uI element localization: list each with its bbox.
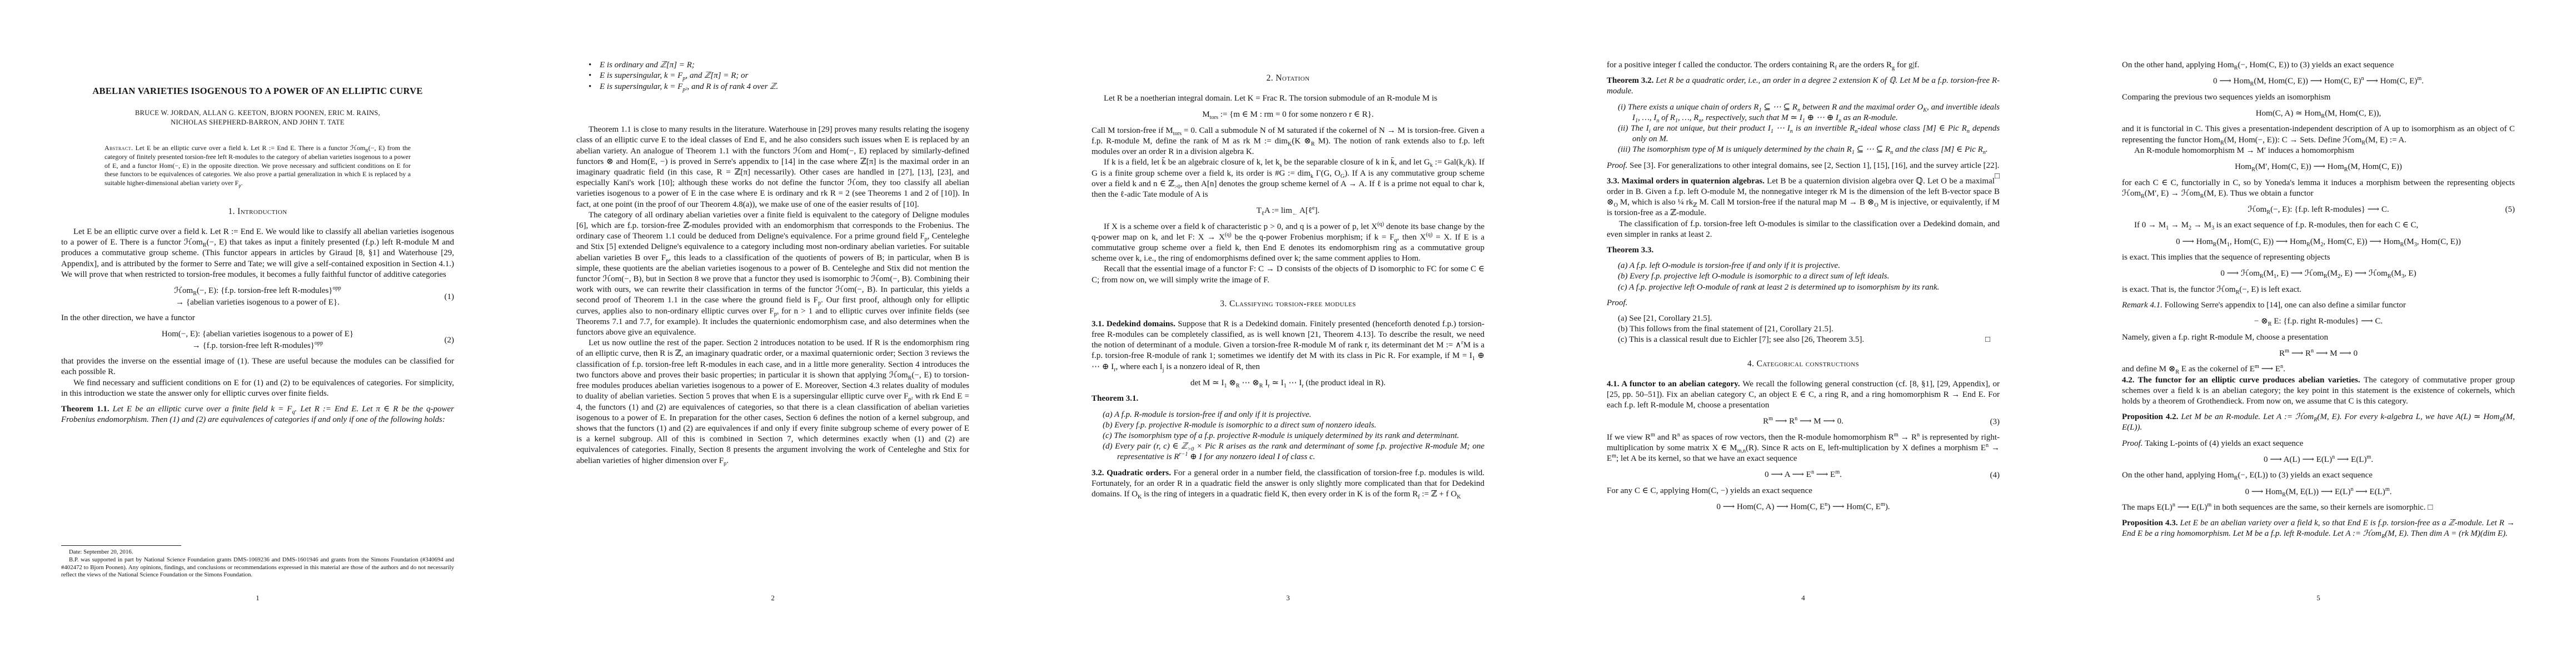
page-1-content: ABELIAN VARIETIES ISOGENOUS TO A POWER O… (61, 0, 454, 430)
bullet-icon: • (589, 71, 591, 81)
display-equation: ℋomR(−, E): {f.p. torsion-free left R-mo… (61, 285, 454, 308)
proof: Proof. See [3]. For generalizations to o… (1607, 161, 2000, 171)
theorem-text: Let R be a quadratic order, i.e., an ord… (1607, 76, 2000, 96)
page-4: for a positive integer f called the cond… (1546, 0, 2061, 667)
paragraph: In the other direction, we have a functo… (61, 313, 454, 323)
equation-line: 0 ⟶ HomR(M, Hom(C, E)) ⟶ Hom(C, E)n ⟶ Ho… (2122, 76, 2515, 87)
display-equation: Hom(−, E): {abelian varieties isogenous … (61, 328, 454, 351)
display-equation: Rm ⟶ Rn ⟶ M ⟶ 0.(3) (1607, 416, 2000, 427)
paragraph: If k is a field, let k̄ be an algebraic … (1092, 157, 1484, 200)
list-item-label: (ii) (1618, 124, 1631, 133)
authors-line: NICHOLAS SHEPHERD-BARRON, AND JOHN T. TA… (61, 118, 454, 127)
paragraph: Theorem 1.1 is close to many results in … (576, 125, 969, 210)
list-item-label: (c) (1618, 283, 1629, 292)
labeled-list: (a) See [21, Corollary 21.5].(b) This fo… (1607, 313, 2000, 346)
theorem-label: Theorem 3.1. (1092, 394, 1138, 403)
bullet-text: E is supersingular, k = Fp, and ℤ[π] = R… (600, 71, 748, 80)
labeled-list: (i) There exists a unique chain of order… (1607, 102, 2000, 156)
list-item: (a) A f.p. left O-module is torsion-free… (1607, 261, 2000, 271)
list-item: (c) A f.p. projective left O-module of r… (1607, 282, 2000, 293)
display-equation: 0 ⟶ A ⟶ En ⟶ Em.(4) (1607, 469, 2000, 481)
abstract: Abstract. Let E be an elliptic curve ove… (104, 144, 411, 188)
display-equation: 0 ⟶ A(L) ⟶ E(L)n ⟶ E(L)m. (2122, 454, 2515, 466)
bullet-text: E is ordinary and ℤ[π] = R; (600, 61, 695, 69)
paper-authors: BRUCE W. JORDAN, ALLAN G. KEETON, BJORN … (61, 108, 454, 127)
paragraph: If X is a scheme over a field k of chara… (1092, 222, 1484, 265)
bullet-item: •E is ordinary and ℤ[π] = R; (576, 60, 969, 71)
equation-line: HomR(M′, Hom(C, E)) ⟶ HomR(M, Hom(C, E)) (2122, 161, 2515, 173)
theorem: Theorem 1.1. Let E be an elliptic curve … (61, 404, 454, 425)
paragraph: for each C ∈ C, functorially in C, so by… (2122, 178, 2515, 199)
subsection-label: 3.1. Dedekind domains. (1092, 320, 1178, 328)
remark-label: Remark 4.1. (2122, 301, 2165, 310)
list-item-label: (b) (1103, 421, 1114, 430)
equation-line: 0 ⟶ ℋomR(M1, E) ⟶ ℋomR(M2, E) ⟶ ℋomR(M3,… (2122, 268, 2515, 280)
equation-line: → {abelian varieties isogenous to a powe… (61, 297, 454, 308)
paragraph: and it is functorial in C. This gives a … (2122, 124, 2515, 145)
section-heading: 4. Categorical constructions (1607, 359, 2000, 369)
theorem-label: Theorem 1.1. (61, 405, 113, 414)
subsection-label: 4.1. A functor to an abelian category. (1607, 380, 1742, 389)
list-item-label: (b) (1618, 272, 1630, 281)
qed-symbol: □ (1995, 171, 2000, 182)
labeled-list: (a) A f.p. R-module is torsion-free if a… (1092, 410, 1484, 463)
list-item-label: (a) (1618, 261, 1630, 270)
paragraph: If we view Rm and Rn as spaces of row ve… (1607, 432, 2000, 465)
list-item: (c) This is a classical result due to Ei… (1607, 335, 2000, 345)
equation-line: Hom(C, A) ≃ HomR(M, Hom(C, E)), (2122, 108, 2515, 120)
theorem: Proposition 4.3. Let E be an abelian var… (2122, 518, 2515, 539)
equation-line: Rm ⟶ Rn ⟶ M ⟶ 0 (2122, 348, 2515, 360)
subsection-paragraph: 3.1. Dedekind domains. Suppose that R is… (1092, 319, 1484, 372)
paragraph: is exact. That is, the functor ℋomR(−, E… (2122, 285, 2515, 295)
display-equation: Mtors := {m ∈ M : rm = 0 for some nonzer… (1092, 109, 1484, 121)
page-number: 4 (1546, 594, 2061, 603)
list-item: (a) See [21, Corollary 21.5]. (1607, 313, 2000, 324)
paragraph: is exact. This implies that the sequence… (2122, 252, 2515, 263)
proof-label: Proof. (1607, 298, 1627, 307)
paragraph: The category of all ordinary abelian var… (576, 210, 969, 338)
paragraph: Namely, given a f.p. right R-module M, c… (2122, 332, 2515, 343)
bullet-list: •E is ordinary and ℤ[π] = R;•E is supers… (576, 60, 969, 92)
list-item: (a) A f.p. R-module is torsion-free if a… (1092, 410, 1484, 420)
list-item: (d) Every pair (r, c) ∈ ℤ>0 × Pic R aris… (1092, 441, 1484, 462)
proof-label: Proof. (1607, 161, 1630, 170)
equation-line: − ⊗R E: {f.p. right R-modules} ⟶ C. (2122, 316, 2515, 327)
equation-tag: (2) (445, 334, 455, 346)
page-3-content: 2. NotationLet R be a noetherian integra… (1092, 0, 1484, 500)
list-item: (iii) The isomorphism type of M is uniqu… (1607, 145, 2000, 155)
paragraph: for a positive integer f called the cond… (1607, 60, 2000, 71)
theorem-label: Theorem 3.3. (1607, 246, 1653, 255)
list-item: (b) Every f.p. projective left O-module … (1607, 271, 2000, 282)
subsection-label: 3.3. Maximal orders in quaternion algebr… (1607, 177, 1767, 186)
bullet-item: •E is supersingular, k = Fp², and R is o… (576, 82, 969, 92)
equation-line: ℋomR(−, E): {f.p. torsion-free left R-mo… (61, 285, 454, 297)
footnote-text: B.P. was supported in part by National S… (61, 556, 454, 579)
list-item-label: (d) (1103, 442, 1115, 451)
abstract-label: Abstract. (104, 144, 133, 152)
bullet-text: E is supersingular, k = Fp², and R is of… (600, 82, 778, 91)
subsection-paragraph: 4.1. A functor to an abelian category. W… (1607, 379, 2000, 411)
paragraph: Let E be an elliptic curve over a field … (61, 227, 454, 280)
theorem: Proposition 4.2. Let M be an R-module. L… (2122, 412, 2515, 433)
subsection-paragraph: 4.2. The functor for an elliptic curve p… (2122, 375, 2515, 407)
proof-label: Proof. (2122, 439, 2145, 448)
section-heading: 2. Notation (1092, 73, 1484, 83)
list-item: (c) The isomorphism type of a f.p. proje… (1092, 431, 1484, 441)
paragraph: The classification of f.p. torsion-free … (1607, 219, 2000, 240)
list-item-label: (c) (1103, 431, 1114, 440)
list-item: (b) Every f.p. projective R-module is is… (1092, 420, 1484, 431)
list-item-label: (a) (1618, 314, 1629, 323)
list-item: (i) There exists a unique chain of order… (1607, 102, 2000, 123)
paragraph: On the other hand, applying HomR(−, E(L)… (2122, 470, 2515, 481)
paragraph: Let R be a noetherian integral domain. L… (1092, 93, 1484, 104)
subsection-paragraph: 3.2. Quadratic orders. For a general ord… (1092, 468, 1484, 500)
equation-line: → {f.p. torsion-free left R-modules}opp (61, 340, 454, 352)
footnote: Date: September 20, 2016.B.P. was suppor… (61, 545, 454, 579)
list-item-label: (a) (1103, 410, 1114, 419)
section-heading: 1. Introduction (61, 207, 454, 217)
paragraph: Call M torsion-free if Mtors = 0. Call a… (1092, 126, 1484, 158)
footnote-text: Date: September 20, 2016. (61, 549, 454, 556)
equation-line: 0 ⟶ A ⟶ En ⟶ Em. (1607, 469, 2000, 481)
proof: Proof. Taking L-points of (4) yields an … (2122, 439, 2515, 449)
paragraph: If 0 → M1 → M2 → M3 is an exact sequence… (2122, 220, 2515, 231)
paper-title: ABELIAN VARIETIES ISOGENOUS TO A POWER O… (76, 84, 440, 97)
page-2-content: •E is ordinary and ℤ[π] = R;•E is supers… (576, 0, 969, 466)
equation-line: Hom(−, E): {abelian varieties isogenous … (61, 328, 454, 340)
list-item-label: (i) (1618, 103, 1628, 112)
equation-tag: (4) (1990, 469, 2000, 481)
page-2: •E is ordinary and ℤ[π] = R;•E is supers… (515, 0, 1030, 667)
equation-line: 0 ⟶ HomR(M1, Hom(C, E)) ⟶ HomR(M2, Hom(C… (2122, 236, 2515, 248)
bullet-icon: • (589, 60, 591, 71)
display-equation: TℓA := lim← A[ℓe]. (1092, 205, 1484, 217)
page-5-content: On the other hand, applying HomR(−, Hom(… (2122, 0, 2515, 545)
paragraph: For any C ∈ C, applying Hom(C, −) yields… (1607, 486, 2000, 496)
paragraph: The maps E(L)n ⟶ E(L)m in both sequences… (2122, 502, 2515, 513)
equation-line: 0 ⟶ Hom(C, A) ⟶ Hom(C, En) ⟶ Hom(C, Em). (1607, 501, 2000, 513)
proof-heading: Proof. (1607, 298, 2000, 308)
list-item-label: (iii) (1618, 145, 1632, 154)
display-equation: det M ≃ I1 ⊗R ⋯ ⊗R Ir ≃ I1 ⋯ Ir (the pro… (1092, 377, 1484, 389)
bullet-item: •E is supersingular, k = Fp, and ℤ[π] = … (576, 71, 969, 81)
paragraph: We find necessary and sufficient conditi… (61, 378, 454, 399)
display-equation: 0 ⟶ HomR(M1, Hom(C, E)) ⟶ HomR(M2, Hom(C… (2122, 236, 2515, 248)
authors-line: BRUCE W. JORDAN, ALLAN G. KEETON, BJORN … (61, 108, 454, 118)
theorem-text: Let E be an elliptic curve over a finite… (61, 405, 454, 424)
display-equation: 0 ⟶ Hom(C, A) ⟶ Hom(C, En) ⟶ Hom(C, Em). (1607, 501, 2000, 513)
page-number: 5 (2061, 594, 2576, 603)
theorem-label: Proposition 4.3. (2122, 519, 2180, 527)
subsection-label: 4.2. The functor for an elliptic curve p… (2122, 376, 2364, 385)
theorem-text: Let E be an abelian variety over a field… (2122, 519, 2515, 538)
page-4-content: for a positive integer f called the cond… (1607, 0, 2000, 518)
equation-line: 0 ⟶ A(L) ⟶ E(L)n ⟶ E(L)m. (2122, 454, 2515, 466)
equation-line: 0 ⟶ HomR(M, E(L)) ⟶ E(L)n ⟶ E(L)m. (2122, 486, 2515, 498)
list-item-label: (c) (1618, 335, 1629, 344)
equation-line: ℋomR(−, E): {f.p. left R-modules} ⟶ C. (2122, 204, 2515, 216)
labeled-list: (a) A f.p. left O-module is torsion-free… (1607, 261, 2000, 293)
theorem-heading: Theorem 3.1. (1092, 394, 1484, 404)
footnote-rule (61, 545, 181, 546)
equation-tag: (1) (445, 291, 455, 302)
list-item: (ii) The Ii are not unique, but their pr… (1607, 123, 2000, 145)
display-equation: 0 ⟶ ℋomR(M1, E) ⟶ ℋomR(M2, E) ⟶ ℋomR(M3,… (2122, 268, 2515, 280)
theorem-label: Theorem 3.2. (1607, 76, 1656, 85)
paragraph: that provides the inverse on the essenti… (61, 356, 454, 377)
display-equation: − ⊗R E: {f.p. right R-modules} ⟶ C. (2122, 316, 2515, 327)
paragraph: and define M ⊗R E as the cokernel of Em … (2122, 364, 2515, 375)
page-number: 2 (515, 594, 1030, 603)
list-item: (b) This follows from the final statemen… (1607, 324, 2000, 335)
subsection-paragraph: 3.3. Maximal orders in quaternion algebr… (1607, 176, 2000, 219)
page-number: 3 (1030, 594, 1546, 603)
equation-line: TℓA := lim← A[ℓe]. (1092, 205, 1484, 217)
bullet-icon: • (589, 82, 591, 92)
equation-line: Mtors := {m ∈ M : rm = 0 for some nonzer… (1092, 109, 1484, 121)
equation-line: det M ≃ I1 ⊗R ⋯ ⊗R Ir ≃ I1 ⋯ Ir (the pro… (1092, 377, 1484, 389)
equation-tag: (3) (1990, 416, 2000, 427)
display-equation: Rm ⟶ Rn ⟶ M ⟶ 0 (2122, 348, 2515, 360)
page-1: ABELIAN VARIETIES ISOGENOUS TO A POWER O… (0, 0, 515, 667)
display-equation: 0 ⟶ HomR(M, E(L)) ⟶ E(L)n ⟶ E(L)m. (2122, 486, 2515, 498)
paragraph: Comparing the previous two sequences yie… (2122, 92, 2515, 103)
display-equation: Hom(C, A) ≃ HomR(M, Hom(C, E)), (2122, 108, 2515, 120)
list-item-label: (b) (1618, 325, 1630, 333)
equation-line: Rm ⟶ Rn ⟶ M ⟶ 0. (1607, 416, 2000, 427)
section-heading: 3. Classifying torsion-free modules (1092, 299, 1484, 309)
equation-tag: (5) (2505, 204, 2515, 216)
subsection-label: 3.2. Quadratic orders. (1092, 469, 1174, 477)
page-3: 2. NotationLet R be a noetherian integra… (1030, 0, 1546, 667)
paragraph: On the other hand, applying HomR(−, Hom(… (2122, 60, 2515, 71)
theorem-label: Proposition 4.2. (2122, 412, 2181, 421)
theorem-text: Let M be an R-module. Let A := ℋomR(M, E… (2122, 412, 2515, 432)
page-number: 1 (0, 594, 515, 603)
theorem-heading: Theorem 3.3. (1607, 245, 2000, 256)
paragraph: Let us now outline the rest of the paper… (576, 338, 969, 466)
display-equation: ℋomR(−, E): {f.p. left R-modules} ⟶ C.(5… (2122, 204, 2515, 216)
page-5: On the other hand, applying HomR(−, Hom(… (2061, 0, 2576, 667)
remark: Remark 4.1. Following Serre's appendix t… (2122, 300, 2515, 311)
theorem: Theorem 3.2. Let R be a quadratic order,… (1607, 76, 2000, 97)
paragraph: An R-module homomorphism M → M′ induces … (2122, 146, 2515, 156)
display-equation: 0 ⟶ HomR(M, Hom(C, E)) ⟶ Hom(C, E)n ⟶ Ho… (2122, 76, 2515, 87)
paragraph: Recall that the essential image of a fun… (1092, 264, 1484, 285)
paper-document: arXiv:1602.06237v2 [math.AG] 20 Mar 2017… (0, 0, 2576, 667)
display-equation: HomR(M′, Hom(C, E)) ⟶ HomR(M, Hom(C, E)) (2122, 161, 2515, 173)
